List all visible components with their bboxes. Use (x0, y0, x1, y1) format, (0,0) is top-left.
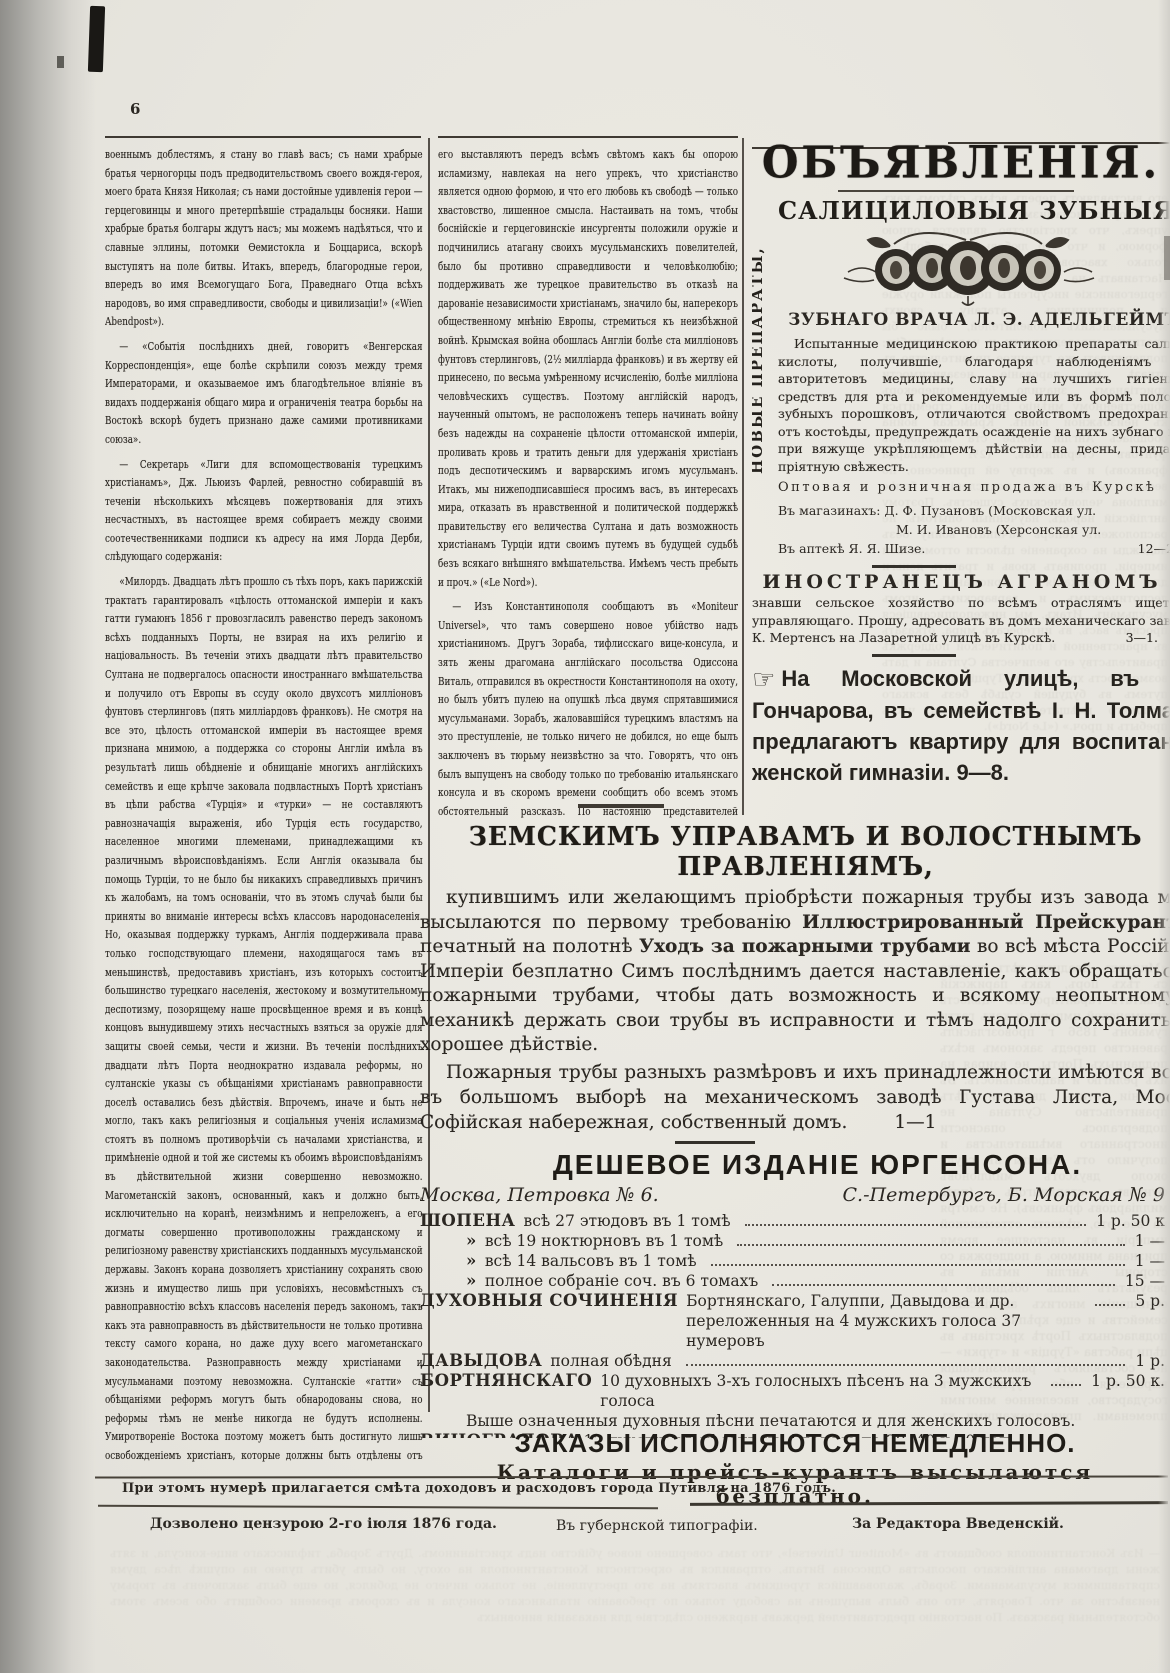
ad-agronomist: ИНОСТРАНЕЦЪ АГРАНОМЪ знавши сельское хоз… (752, 574, 1170, 647)
ink-mark (1164, 236, 1170, 280)
news-column-left: военнымъ доблестямъ, я стану во главѣ ва… (105, 146, 423, 1462)
price-row-label: » (466, 1251, 477, 1271)
footnote: При этомъ нумерѣ прилагается смѣта доход… (122, 1481, 836, 1496)
page-number: 6 (130, 100, 140, 118)
ad-divider (675, 1141, 755, 1144)
pointing-hand-icon: ☞ (752, 664, 781, 694)
article-paragraph: — Изъ Константинополя сообщаютъ въ «Moni… (438, 598, 738, 818)
dot-leader (737, 1244, 1124, 1246)
price-row-label: » (466, 1271, 477, 1291)
orders-line: ЗАКАЗЫ ИСПОЛНЯЮТСЯ НЕМЕДЛЕННО. (420, 1428, 1170, 1459)
price-row: ШОПЕНА всѣ 27 этюдовъ въ 1 томѣ 1 р. 50 … (420, 1211, 1165, 1231)
ads-column: ОБЪЯВЛЕНІЯ. НОВЫЕ ПРЕПАРАТЫ, САЛИЦИЛОВЫЯ… (752, 140, 1170, 828)
insertion-mark: 9—8. (956, 760, 1009, 785)
price-row: » всѣ 19 ноктюрновъ въ 1 томѣ 1 — (420, 1231, 1165, 1251)
ad-headline: САЛИЦИЛОВЫЯ ЗУБНЫЯ СРЕДСТВА. (778, 202, 1170, 220)
price-row-label: ДАВЫДОВА (420, 1351, 542, 1371)
dot-leader (772, 1284, 1115, 1286)
dot-leader (1051, 1384, 1081, 1386)
jurgenson-addresses: Москва, Петровка № 6. С.-Петербургъ, Б. … (420, 1183, 1165, 1207)
insertion-mark: 3—1. (1126, 629, 1158, 647)
censorship-line: Дозволено цензурою 2-го іюля 1876 года. (150, 1516, 497, 1532)
ad-body-text: Испытанные медицинскою практикою препара… (778, 335, 1170, 475)
column-rule-middle-right (742, 138, 744, 815)
article-paragraph: военнымъ доблестямъ, я стану во главѣ ва… (105, 146, 423, 332)
news-column-middle: его выставляютъ передъ всѣмъ свѣтомъ как… (438, 146, 738, 818)
price-row-desc: всѣ 14 вальсовъ въ 1 томѣ (485, 1251, 697, 1271)
price-row-label: БОРТНЯНСКАГО (420, 1371, 592, 1391)
text-run-bold: Уходъ за пожарными трубами (639, 936, 971, 957)
article-paragraph: — Секретарь «Лиги для вспомоществованія … (105, 456, 423, 568)
price-row: » полное собраніе соч. въ 6 томахъ 15 — (420, 1271, 1165, 1291)
price-row: ДАВЫДОВА полная обѣдня 1 р. (420, 1351, 1165, 1371)
text-run-bold: Иллюстрированный Прейскурантъ (802, 912, 1170, 933)
price-row-desc: полная обѣдня (550, 1351, 671, 1371)
ink-mark (88, 6, 105, 72)
new-preparations-side-label: НОВЫЕ ПРЕПАРАТЫ, (752, 206, 767, 474)
price-row-desc: всѣ 27 этюдовъ въ 1 томѣ (523, 1211, 730, 1231)
price-row-label: ШОПЕНА (420, 1211, 515, 1231)
article-paragraph: — «Событія послѣднихъ дней, говоритъ «Ве… (105, 338, 423, 450)
dot-leader (745, 1224, 1087, 1226)
title-rule (838, 190, 1074, 192)
price-list: ШОПЕНА всѣ 27 этюдовъ въ 1 томѣ 1 р. 50 … (420, 1211, 1165, 1439)
ad-body-text: знавши сельское хозяйство по всѣмъ отрас… (752, 594, 1170, 647)
price-row-price: 1 р. 50 к. (1091, 1371, 1165, 1391)
ink-mark (57, 56, 64, 68)
price-row-desc: 10 духовныхъ 3-хъ голосныхъ пѣсенъ на 3 … (600, 1371, 1037, 1411)
price-row-label: ДУХОВНЫЯ СОЧИНЕНІЯ (420, 1291, 678, 1311)
dot-leader (1095, 1304, 1125, 1306)
article-paragraph: «Милордъ. Двадцать лѣтъ прошло съ тѣхъ п… (105, 573, 423, 1462)
bleedthrough-text: — Изъ Константинополя сообщаютъ въ «Moni… (110, 1545, 1160, 1660)
insertion-mark: 1—1 (894, 1112, 936, 1133)
ads-section-title: ОБЪЯВЛЕНІЯ. (752, 140, 1170, 187)
dot-leader (686, 1364, 1126, 1366)
ad-divider (872, 565, 956, 568)
pharmacy-line: Въ аптекѣ Я. Я. Шизе. (778, 539, 925, 558)
jurgenson-ad-title: ДЕШЕВОЕ ИЗДАНІЕ ЮРГЕНСОНА. (420, 1149, 1170, 1181)
medals-ornament-icon (834, 226, 1102, 308)
address-moscow: Москва, Петровка № 6. (420, 1183, 659, 1207)
price-row-desc: Бортнянскаго, Галуппи, Давыдова и др. пе… (686, 1291, 1081, 1351)
newspaper-page: 6 его выставляютъ передъ всѣмъ свѣтомъ к… (0, 0, 1170, 1673)
zemstvo-ad-paragraph: купившимъ или желающимъ пріобрѣсти пожар… (420, 886, 1170, 1058)
text-run: Пожарныя трубы разныхъ размѣровъ и ихъ п… (420, 1062, 1170, 1133)
editor-line: За Редактора Введенскій. (852, 1516, 1064, 1532)
store-line: М. И. Ивановъ (Херсонская ул. (896, 520, 1170, 539)
store-line: Въ магазинахъ: Д. Ф. Пузановъ (Московска… (778, 501, 1170, 520)
zemstvo-ad-title: ЗЕМСКИМЪ УПРАВАМЪ И ВОЛОСТНЫМЪ ПРАВЛЕНІЯ… (420, 822, 1170, 882)
section-divider (578, 804, 664, 808)
dentist-name-line: ЗУБНАГО ВРАЧА Л. Э. АДЕЛЬГЕЙМЪ. (778, 312, 1170, 330)
ad-headline: ИНОСТРАНЕЦЪ АГРАНОМЪ (752, 574, 1170, 592)
scan-left-edge (0, 0, 96, 1673)
article-paragraph: его выставляютъ передъ всѣмъ свѣтомъ как… (438, 146, 738, 592)
price-row-desc: всѣ 19 ноктюрновъ въ 1 томѣ (485, 1231, 723, 1251)
ad-divider (872, 654, 956, 657)
price-row: » всѣ 14 вальсовъ въ 1 томѣ 1 — (420, 1251, 1165, 1271)
address-petersburg: С.-Петербургъ, Б. Морская № 9 (843, 1183, 1166, 1207)
dot-leader (711, 1264, 1125, 1266)
ad-salicylic-dental: НОВЫЕ ПРЕПАРАТЫ, САЛИЦИЛОВЫЯ ЗУБНЫЯ СРЕД… (752, 202, 1170, 558)
printer-line: Въ губернской типографіи. (556, 1518, 758, 1534)
price-row: ДУХОВНЫЯ СОЧИНЕНІЯ Бортнянскаго, Галуппи… (420, 1291, 1165, 1351)
ad-apartment: ☞На Московской улицѣ, въ домѣ Гончарова,… (752, 663, 1170, 788)
wide-ad-section: ЗЕМСКИМЪ УПРАВАМЪ И ВОЛОСТНЫМЪ ПРАВЛЕНІЯ… (420, 822, 1170, 1438)
price-row-desc: полное собраніе соч. въ 6 томахъ (485, 1271, 758, 1291)
sale-line: Оптовая и розничная продажа въ Курскѣ (778, 479, 1170, 497)
ad-body-span: знавши сельское хозяйство по всѣмъ отрас… (752, 595, 1170, 645)
price-row: БОРТНЯНСКАГО 10 духовныхъ 3-хъ голосныхъ… (420, 1371, 1165, 1411)
price-row-price: 1 р. 50 к (1096, 1211, 1165, 1231)
zemstvo-ad-paragraph: Пожарныя трубы разныхъ размѣровъ и ихъ п… (420, 1060, 1170, 1135)
top-rule-middle (438, 136, 738, 138)
price-row-label: » (466, 1231, 477, 1251)
top-rule-left (105, 136, 421, 138)
